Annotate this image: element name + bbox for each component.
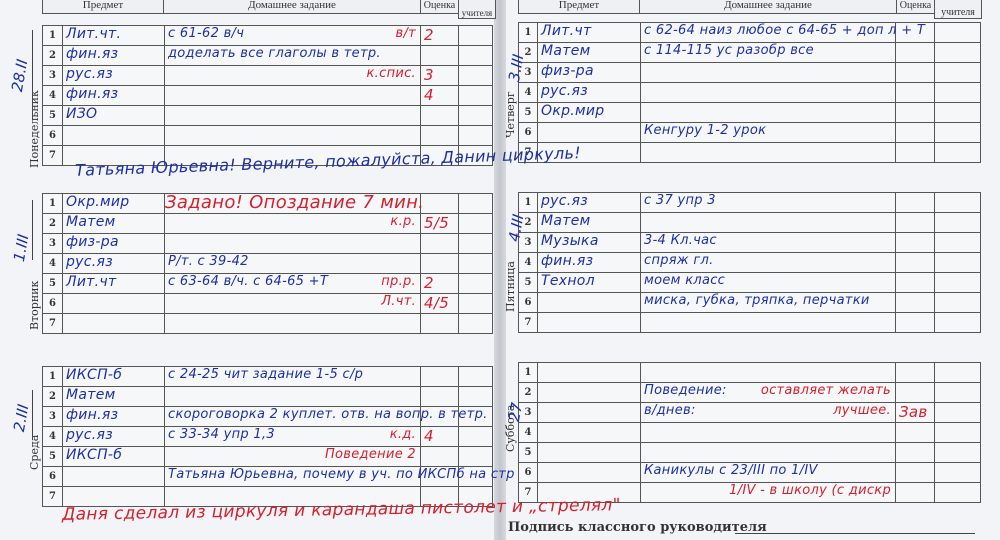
grade-cell-text: 4 [424, 427, 434, 445]
homework-cell [641, 213, 896, 233]
subject-cell: Лит.чт [63, 274, 165, 294]
subject-cell [63, 314, 165, 334]
subject-cell: ИКСП-б [63, 367, 165, 387]
homework-cell: Татьяна Юрьевна, почему в уч. по ИКСПб н… [165, 467, 421, 487]
homework-cell [165, 387, 421, 407]
lesson-row: 4рус.язР/т. с 39-42 [43, 254, 493, 274]
lesson-row: 4фин.яз4 [43, 86, 493, 106]
grade-cell-text: 2 [424, 274, 434, 292]
homework-cell: с 62-64 наиз любое с 64-65 + доп л + Т [641, 23, 896, 43]
grade-cell [896, 103, 935, 123]
teacher-signature-cell [935, 423, 981, 443]
grade-cell [896, 233, 935, 253]
lesson-row: 3в/днев:лучшее.Зав [519, 403, 981, 423]
subject-cell: ИКСП-б [63, 447, 165, 467]
header-subject-right: Предмет [518, 0, 640, 14]
subject-cell: Лит.чт. [63, 26, 165, 46]
grade-cell [896, 463, 935, 483]
teacher-signature-cell [459, 254, 493, 274]
grade-cell-text: 3 [424, 66, 434, 84]
subject-cell [63, 294, 165, 314]
grade-cell: Зав [896, 403, 935, 423]
subject-cell: Окр.мир [63, 194, 165, 214]
subject-cell [538, 123, 641, 143]
teacher-note-text: к.р. [390, 214, 416, 229]
lesson-row: 6Кенгуру 1-2 урок [519, 123, 981, 143]
homework-cell-text: доделать все глаголы в тетр. [168, 46, 381, 61]
lesson-number: 1 [519, 23, 538, 43]
lesson-row: 3фин.язскороговорка 2 куплет. отв. на во… [43, 407, 493, 427]
homework-cell: в/днев:лучшее. [641, 403, 896, 423]
grade-cell: 4/5 [421, 294, 459, 314]
subject-cell [538, 463, 641, 483]
homework-cell: с 61-62 в/чв/т [165, 26, 421, 46]
subject-cell: Матем [63, 214, 165, 234]
homework-cell-text: с 33-34 упр 1,3 [168, 427, 275, 442]
grade-cell: 3 [421, 66, 459, 86]
homework-cell: Каникулы с 23/III по 1/IV [641, 463, 896, 483]
teacher-signature-cell [935, 383, 981, 403]
teacher-signature-cell [459, 274, 493, 294]
teacher-signature-cell [459, 467, 493, 487]
homework-cell: с 33-34 упр 1,3к.д. [165, 427, 421, 447]
lesson-row: 1рус.язс 37 упр 3 [519, 193, 981, 213]
grade-cell [421, 447, 459, 467]
teacher-signature-cell [459, 427, 493, 447]
header-subject: Предмет [42, 0, 164, 14]
subject-cell [538, 403, 641, 423]
homework-cell [165, 314, 421, 334]
subject-cell [63, 467, 165, 487]
grade-cell [421, 46, 459, 66]
homework-cell [641, 83, 896, 103]
teacher-note-text: в/т [395, 26, 416, 41]
homework-cell [165, 86, 421, 106]
lesson-number: 1 [519, 363, 538, 383]
teacher-signature-cell [459, 86, 493, 106]
day-table-monday: 1Лит.чт.с 61-62 в/чв/т22фин.яздоделать в… [42, 25, 493, 166]
subject-cell-text: Матем [541, 213, 591, 229]
homework-cell-text: в/днев: [644, 403, 696, 418]
lesson-number: 4 [519, 423, 538, 443]
subject-cell-text: рус.яз [66, 427, 113, 443]
homework-cell [641, 443, 896, 463]
lesson-row: 2Матемс 114-115 ус разобр все [519, 43, 981, 63]
homework-cell: Поведение:оставляет желать [641, 383, 896, 403]
subject-cell: рус.яз [538, 193, 641, 213]
day-table-thursday: 1Лит.чтс 62-64 наиз любое с 64-65 + доп … [518, 22, 981, 163]
day-table-friday: 1рус.язс 37 упр 32Матем3Музыка3-4 Кл.час… [518, 192, 981, 333]
homework-cell-text: с 61-62 в/ч [168, 26, 244, 41]
subject-cell: Матем [63, 387, 165, 407]
lesson-number: 3 [43, 407, 63, 427]
lesson-number: 1 [43, 26, 63, 46]
lesson-row: 3рус.язк.спис.3 [43, 66, 493, 86]
grade-cell [421, 467, 459, 487]
subject-cell-text: Матем [541, 43, 591, 59]
lesson-number: 7 [43, 314, 63, 334]
lesson-number: 4 [43, 254, 63, 274]
subject-cell: фин.яз [538, 253, 641, 273]
grade-cell [421, 314, 459, 334]
homework-cell [165, 126, 421, 146]
subject-cell: Музыка [538, 233, 641, 253]
homework-cell: Л.чт. [165, 294, 421, 314]
teacher-note-text: к.спис. [367, 66, 416, 81]
lesson-number: 6 [519, 463, 538, 483]
homework-cell-text: Р/т. с 39-42 [168, 254, 249, 269]
subject-cell-text: рус.яз [541, 83, 588, 99]
grade-cell [896, 363, 935, 383]
lesson-number: 5 [519, 273, 538, 293]
grade-cell [896, 423, 935, 443]
homework-cell: с 24-25 чит задание 1-5 с/р [165, 367, 421, 387]
lesson-row: 5ИЗО [43, 106, 493, 126]
grade-cell [421, 367, 459, 387]
lesson-row: 3физ-ра [519, 63, 981, 83]
day-label-monday: Понедельник [28, 90, 41, 168]
lesson-number: 1 [43, 367, 63, 387]
date-line-tuesday [32, 200, 33, 260]
homework-cell [165, 106, 421, 126]
grade-cell: 2 [421, 26, 459, 46]
subject-cell [63, 126, 165, 146]
teacher-signature-cell [459, 294, 493, 314]
teacher-signature-cell [935, 443, 981, 463]
teacher-signature-cell [935, 363, 981, 383]
teacher-signature-cell [935, 43, 981, 63]
lesson-row: 2Поведение:оставляет желать [519, 383, 981, 403]
grade-cell [896, 123, 935, 143]
teacher-signature-cell [459, 66, 493, 86]
date-saturday: 27 [505, 401, 526, 423]
homework-cell: Р/т. с 39-42 [165, 254, 421, 274]
homework-cell-text: с 24-25 чит задание 1-5 с/р [168, 367, 363, 382]
lesson-row: 6миска, губка, тряпка, перчатки [519, 293, 981, 313]
subject-cell-text: фин.яз [66, 46, 118, 62]
day-table-wednesday: 1ИКСП-бс 24-25 чит задание 1-5 с/р2Матем… [42, 366, 493, 507]
grade-cell [896, 193, 935, 213]
subject-cell-text: Матем [66, 214, 116, 230]
lesson-row: 5Лит.чтс 63-64 в/ч. с 64-65 +Тпр.р.2 [43, 274, 493, 294]
teacher-note-text: оставляет желать [761, 383, 891, 398]
teacher-signature-cell [459, 126, 493, 146]
homework-cell: к.спис. [165, 66, 421, 86]
lesson-row: 4рус.язс 33-34 упр 1,3к.д.4 [43, 427, 493, 447]
subject-cell-text: Лит.чт. [66, 26, 121, 42]
homework-cell [641, 143, 896, 163]
subject-cell: Матем [538, 43, 641, 63]
day-label-thursday: Четверг [504, 91, 517, 138]
homework-cell: с 63-64 в/ч. с 64-65 +Тпр.р. [165, 274, 421, 294]
homework-cell [641, 423, 896, 443]
grade-cell-text: 4/5 [424, 294, 449, 312]
grade-cell-text: 2 [424, 26, 434, 44]
homework-cell-text: моем класс [644, 273, 725, 288]
header-teacher: учителя [458, 0, 496, 19]
teacher-note-text: к.д. [390, 427, 416, 442]
subject-cell-text: рус.яз [541, 193, 588, 209]
lesson-row: 6Татьяна Юрьевна, почему в уч. по ИКСПб … [43, 467, 493, 487]
subject-cell: фин.яз [63, 86, 165, 106]
grade-cell [421, 254, 459, 274]
day-label-wednesday: Среда [28, 435, 41, 470]
lesson-row: 1Лит.чтс 62-64 наиз любое с 64-65 + доп … [519, 23, 981, 43]
lesson-number: 6 [43, 126, 63, 146]
subject-cell-text: ИЗО [66, 106, 97, 122]
homework-cell-text: с 63-64 в/ч. с 64-65 +Т [168, 274, 328, 289]
homework-cell-text: с 114-115 ус разобр все [644, 43, 814, 58]
subject-cell-text: Матем [66, 387, 116, 403]
lesson-row: 4рус.яз [519, 83, 981, 103]
subject-cell [538, 383, 641, 403]
homework-cell [165, 234, 421, 254]
lesson-number: 7 [43, 487, 63, 507]
grade-cell: 2 [421, 274, 459, 294]
header-grade: Оценка [420, 0, 459, 14]
lesson-number: 2 [43, 214, 63, 234]
lesson-row: 2Матем [519, 213, 981, 233]
teacher-signature-cell [935, 23, 981, 43]
lesson-number: 2 [43, 46, 63, 66]
grade-cell [896, 253, 935, 273]
teacher-signature-cell [935, 143, 981, 163]
teacher-signature-cell [935, 313, 981, 333]
lesson-row: 5Технолмоем класс [519, 273, 981, 293]
grade-cell [896, 43, 935, 63]
homework-cell-text: миска, губка, тряпка, перчатки [644, 293, 870, 308]
teacher-signature-cell [935, 293, 981, 313]
homework-cell: Поведение 2 [165, 447, 421, 467]
subject-cell: рус.яз [63, 66, 165, 86]
subject-cell-text: физ-ра [541, 63, 594, 79]
subject-cell-text: физ-ра [66, 234, 119, 250]
subject-cell-text: Лит.чт [66, 274, 116, 290]
lesson-number: 6 [519, 123, 538, 143]
grade-cell [421, 126, 459, 146]
teacher-note-text: Поведение 2 [325, 447, 416, 462]
lesson-row: 1 [519, 363, 981, 383]
lesson-row: 4фин.язспряж гл. [519, 253, 981, 273]
lesson-row: 4 [519, 423, 981, 443]
homework-cell: миска, губка, тряпка, перчатки [641, 293, 896, 313]
lesson-number: 7 [519, 313, 538, 333]
teacher-signature-cell [935, 123, 981, 143]
lesson-number: 5 [43, 447, 63, 467]
lesson-number: 4 [43, 427, 63, 447]
lesson-row: 6Каникулы с 23/III по 1/IV [519, 463, 981, 483]
signature-label: Подпись классного руководителя [508, 520, 767, 535]
subject-cell-text: Окр.мир [541, 103, 604, 119]
header-homework: Домашнее задание [163, 0, 421, 14]
subject-cell [538, 363, 641, 383]
grade-cell [421, 387, 459, 407]
grade-cell [896, 63, 935, 83]
homework-cell: 3-4 Кл.час [641, 233, 896, 253]
subject-cell: физ-ра [63, 234, 165, 254]
subject-cell [538, 443, 641, 463]
teacher-signature-cell [459, 447, 493, 467]
lesson-number: 3 [43, 234, 63, 254]
subject-cell [538, 423, 641, 443]
lesson-number: 3 [43, 66, 63, 86]
teacher-signature-cell [935, 213, 981, 233]
teacher-signature-cell [935, 103, 981, 123]
homework-cell: моем класс [641, 273, 896, 293]
subject-cell-text: фин.яз [66, 86, 118, 102]
subject-cell-text: Музыка [541, 233, 599, 249]
lesson-row: 1ИКСП-бс 24-25 чит задание 1-5 с/р [43, 367, 493, 387]
homework-cell: доделать все глаголы в тетр. [165, 46, 421, 66]
grade-cell [896, 213, 935, 233]
lesson-row: 7 [519, 313, 981, 333]
homework-cell-text: Кенгуру 1-2 урок [644, 123, 766, 138]
lesson-number: 5 [519, 103, 538, 123]
teacher-note-text: Л.чт. [381, 294, 416, 309]
teacher-signature-cell [459, 387, 493, 407]
teacher-note-text: пр.р. [381, 274, 416, 289]
teacher-signature-cell [459, 234, 493, 254]
grade-cell: 5/5 [421, 214, 459, 234]
subject-cell-text: ИКСП-б [66, 367, 122, 383]
homework-cell-text: 3-4 Кл.час [644, 233, 717, 248]
teacher-signature-cell [935, 273, 981, 293]
lesson-row: 2Матем [43, 387, 493, 407]
grade-cell [896, 443, 935, 463]
grade-cell-text: Зав [899, 403, 928, 421]
teacher-signature-cell [459, 314, 493, 334]
lesson-row: 1Лит.чт.с 61-62 в/чв/т2 [43, 26, 493, 46]
grade-cell [421, 194, 459, 214]
lesson-number: 1 [519, 193, 538, 213]
header-grade-right: Оценка [896, 0, 935, 14]
subject-cell-text: фин.яз [66, 407, 118, 423]
teacher-signature-cell [459, 407, 493, 427]
subject-cell-text: фин.яз [541, 253, 593, 269]
teacher-signature-cell [935, 463, 981, 483]
lesson-row: 3Музыка3-4 Кл.час [519, 233, 981, 253]
grade-cell [896, 23, 935, 43]
grade-cell [421, 234, 459, 254]
signature-line [735, 533, 975, 534]
homework-cell-text: с 37 упр 3 [644, 193, 716, 208]
subject-cell: фин.яз [63, 407, 165, 427]
grade-cell-text: 4 [424, 86, 434, 104]
day-table-saturday: 12Поведение:оставляет желать3в/днев:лучш… [518, 362, 981, 503]
grade-cell [896, 483, 935, 503]
homework-cell-text: Поведение: [644, 383, 727, 398]
teacher-signature-cell [459, 106, 493, 126]
grade-cell [421, 106, 459, 126]
teacher-remark-tuesday: Задано! Опоздание 7 мин. [165, 192, 424, 213]
teacher-signature-cell [935, 233, 981, 253]
homework-cell-text: Каникулы с 23/III по 1/IV [644, 463, 818, 478]
day-label-friday: Пятница [504, 261, 517, 312]
day-table-tuesday: 1Окр.мир2Матемк.р.5/53физ-ра4рус.язР/т. … [42, 193, 493, 334]
lesson-row: 7 [43, 314, 493, 334]
subject-cell: рус.яз [63, 254, 165, 274]
subject-cell-text: ИКСП-б [66, 447, 122, 463]
teacher-signature-cell [459, 26, 493, 46]
lesson-number: 6 [43, 467, 63, 487]
lesson-row: 5ИКСП-бПоведение 2 [43, 447, 493, 467]
teacher-signature-cell [459, 214, 493, 234]
lesson-number: 5 [43, 106, 63, 126]
lesson-number: 1 [43, 194, 63, 214]
subject-cell: Окр.мир [538, 103, 641, 123]
grade-cell [896, 293, 935, 313]
lesson-row: 5 [519, 443, 981, 463]
grade-cell: 4 [421, 86, 459, 106]
homework-cell: 1/IV - в школу (с дискр [641, 483, 896, 503]
subject-cell: рус.яз [63, 427, 165, 447]
subject-cell [538, 313, 641, 333]
homework-cell: Кенгуру 1-2 урок [641, 123, 896, 143]
lesson-row: 6Л.чт.4/5 [43, 294, 493, 314]
subject-cell: фин.яз [63, 46, 165, 66]
teacher-note-text: лучшее. [833, 403, 891, 418]
lesson-row: 6 [43, 126, 493, 146]
teacher-signature-cell [935, 403, 981, 423]
subject-cell: Технол [538, 273, 641, 293]
teacher-signature-cell [935, 193, 981, 213]
homework-cell: к.р. [165, 214, 421, 234]
grade-cell [896, 143, 935, 163]
homework-cell: с 37 упр 3 [641, 193, 896, 213]
lesson-row: 2Матемк.р.5/5 [43, 214, 493, 234]
homework-cell: спряж гл. [641, 253, 896, 273]
homework-cell [641, 313, 896, 333]
teacher-signature-cell [935, 63, 981, 83]
homework-cell: с 114-115 ус разобр все [641, 43, 896, 63]
lesson-number: 2 [519, 383, 538, 403]
lesson-number: 4 [519, 83, 538, 103]
grade-cell [896, 83, 935, 103]
teacher-signature-cell [935, 483, 981, 503]
date-line-wednesday [32, 390, 33, 440]
teacher-signature-cell [459, 194, 493, 214]
grade-cell [896, 273, 935, 293]
homework-cell-text: с 62-64 наиз любое с 64-65 + доп л + Т [644, 23, 925, 38]
lesson-number: 4 [43, 86, 63, 106]
subject-cell: физ-ра [538, 63, 641, 83]
teacher-signature-cell [935, 253, 981, 273]
lesson-number: 6 [519, 293, 538, 313]
homework-cell [641, 103, 896, 123]
homework-cell-text: спряж гл. [644, 253, 714, 268]
subject-cell-text: Лит.чт [541, 23, 591, 39]
teacher-signature-cell [459, 367, 493, 387]
lesson-number: 2 [43, 387, 63, 407]
subject-cell: рус.яз [538, 83, 641, 103]
teacher-signature-cell [459, 46, 493, 66]
homework-cell: скороговорка 2 куплет. отв. на вопр. в т… [165, 407, 421, 427]
lesson-row: 2фин.яздоделать все глаголы в тетр. [43, 46, 493, 66]
lesson-number: 4 [519, 253, 538, 273]
day-label-tuesday: Вторник [28, 281, 41, 330]
grade-cell [421, 407, 459, 427]
teacher-signature-cell [935, 83, 981, 103]
lesson-number: 5 [519, 443, 538, 463]
grade-cell [896, 313, 935, 333]
header-teacher-right: учителя [934, 0, 982, 19]
homework-cell [641, 63, 896, 83]
teacher-note-text: 1/IV - в школу (с дискр [729, 483, 891, 498]
lesson-row: 5Окр.мир [519, 103, 981, 123]
grade-cell: 4 [421, 427, 459, 447]
subject-cell-text: рус.яз [66, 66, 113, 82]
lesson-row: 3физ-ра [43, 234, 493, 254]
